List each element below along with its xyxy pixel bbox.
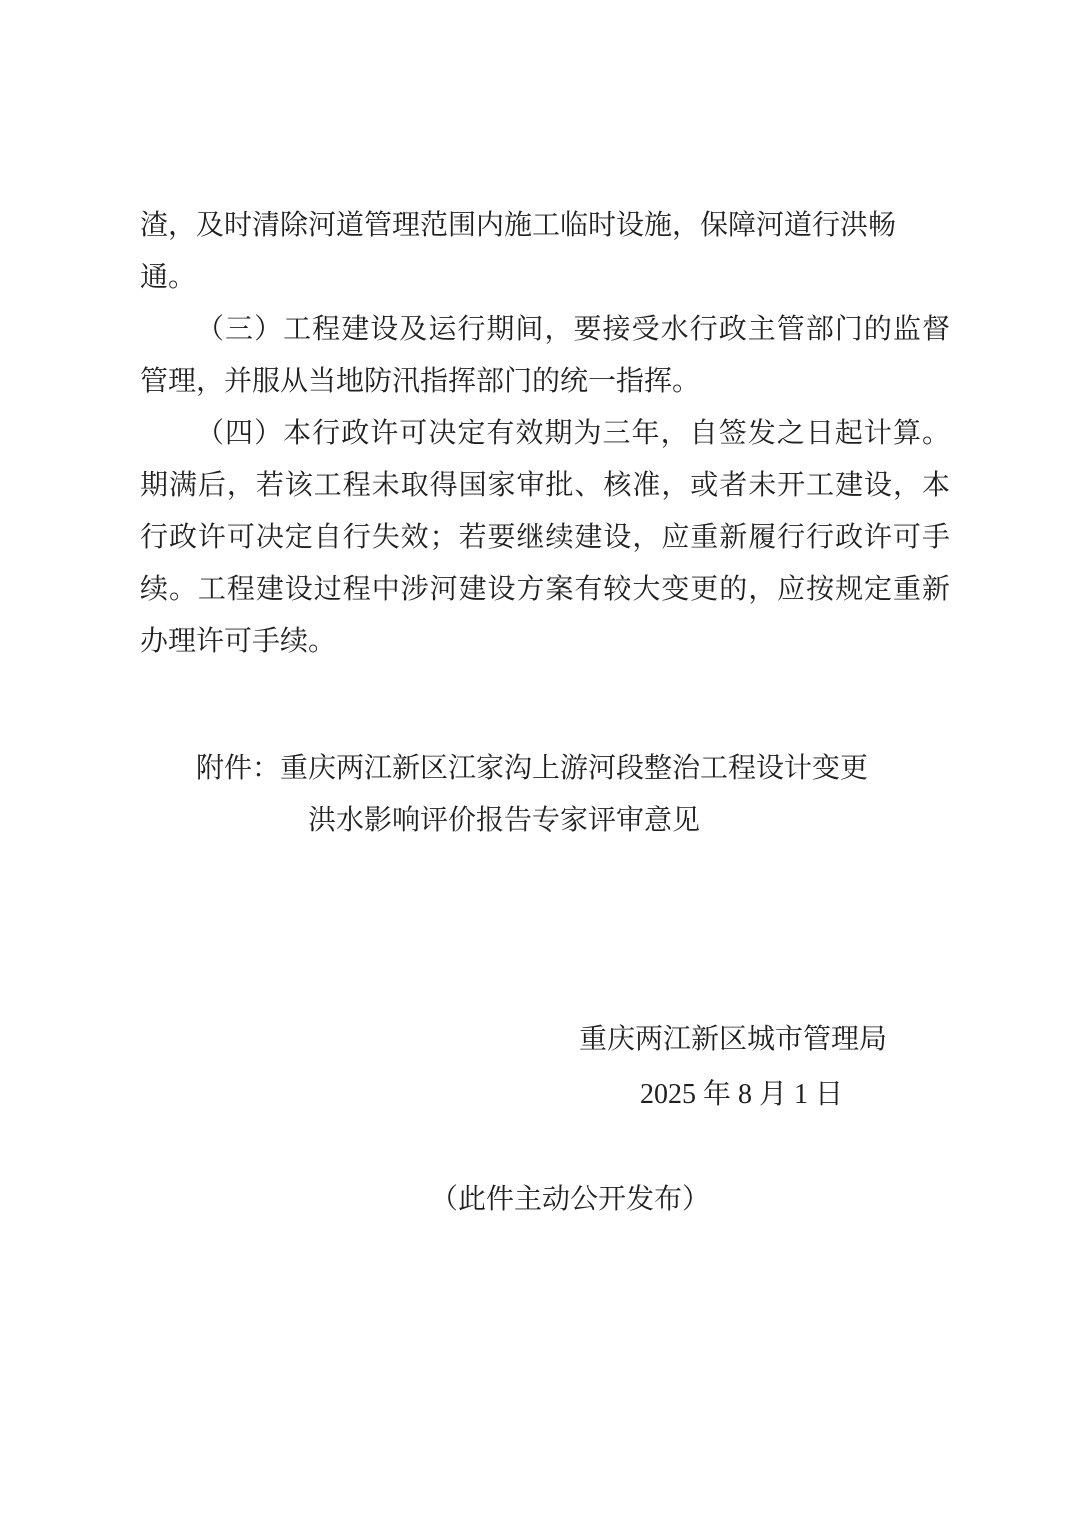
publish-note: （此件主动公开发布） [165,1174,975,1226]
body-text-line: 办理许可手续。 [140,616,950,668]
attachment-label-line: 附件：重庆两江新区江家沟上游河段整治工程设计变更 [140,743,950,795]
document-page: 渣，及时清除河道管理范围内施工临时设施，保障河道行洪畅通。 （三）工程建设及运行… [0,0,1074,1520]
body-text-line-item-three: （三）工程建设及运行期间，要接受水行政主管部门的监督 [140,304,950,356]
body-text-line-item-four: （四）本行政许可决定有效期为三年，自签发之日起计算。 [140,408,950,460]
body-text-line: 期满后，若该工程未取得国家审批、核准，或者未开工建设，本 [140,460,950,512]
signature-block: 重庆两江新区城市管理局 2025 年 8 月 1 日 [140,1012,950,1122]
body-text-line: 行政许可决定自行失效；若要继续建设，应重新履行行政许可手 [140,512,950,564]
document-body: 渣，及时清除河道管理范围内施工临时设施，保障河道行洪畅通。 （三）工程建设及运行… [140,200,950,668]
publish-note-block: （此件主动公开发布） [140,1174,950,1226]
issue-date: 2025 年 8 月 1 日 [140,1067,950,1122]
attachment-continuation-line: 洪水影响评价报告专家评审意见 [140,795,950,847]
body-text-line: 渣，及时清除河道管理范围内施工临时设施，保障河道行洪畅通。 [140,200,950,304]
attachment-note: 附件：重庆两江新区江家沟上游河段整治工程设计变更 洪水影响评价报告专家评审意见 [140,743,950,847]
issuer-name: 重庆两江新区城市管理局 [140,1012,950,1067]
body-text-line: 续。工程建设过程中涉河建设方案有较大变更的，应按规定重新 [140,564,950,616]
body-text-line: 管理，并服从当地防汛指挥部门的统一指挥。 [140,356,950,408]
